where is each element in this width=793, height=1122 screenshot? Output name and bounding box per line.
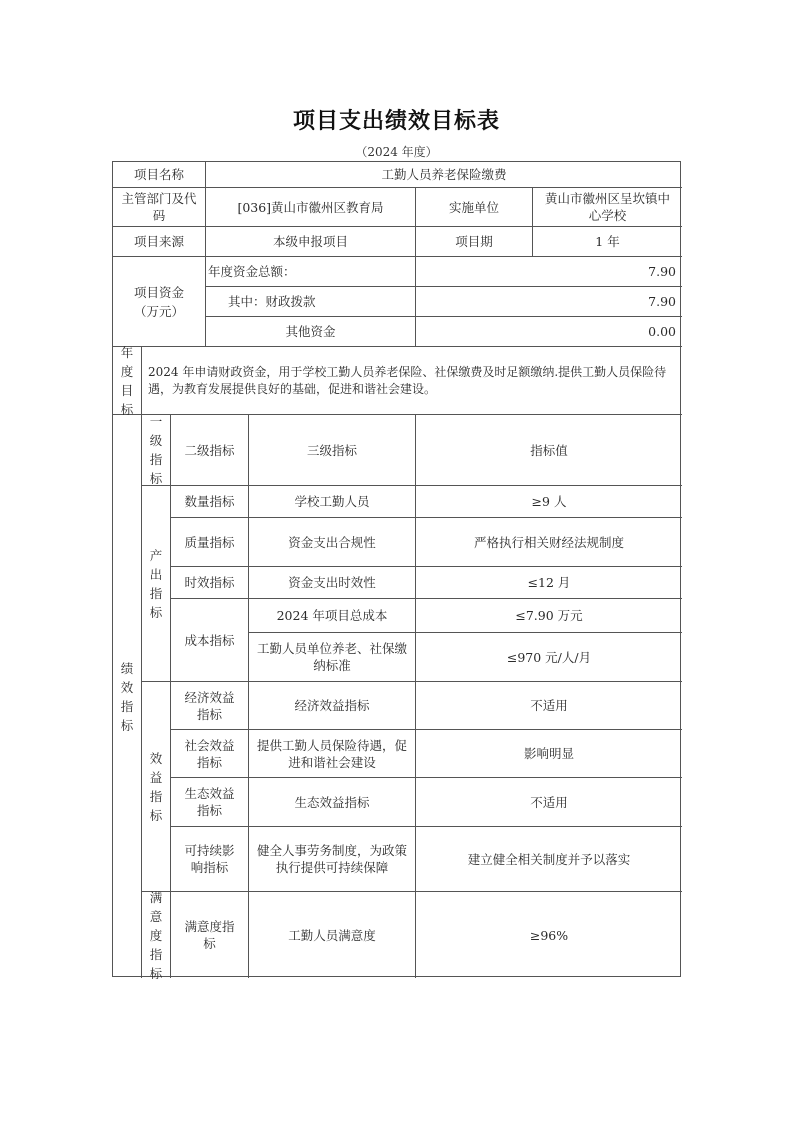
indicator-value: 不适用	[416, 682, 682, 730]
header-level2: 二级指标	[171, 415, 249, 486]
funds-fiscal-label: 其中：财政拨款	[206, 287, 416, 317]
dept-label: 主管部门及代码	[113, 188, 206, 227]
funds-label-line1: 项目资金	[134, 283, 184, 302]
indicator-level3: 健全人事劳务制度，为政策执行提供可持续保障	[249, 827, 416, 892]
indicator-level2: 经济效益指标	[171, 682, 249, 730]
indicator-level2: 时效指标	[171, 567, 249, 599]
indicator-level3: 经济效益指标	[249, 682, 416, 730]
period-label: 项目期	[416, 227, 533, 257]
source-value: 本级申报项目	[206, 227, 416, 257]
indicator-value: ≤970 元/人/月	[416, 633, 682, 682]
funds-fiscal-value: 7.90	[416, 287, 682, 317]
indicator-level2: 成本指标	[171, 599, 249, 682]
indicators-section-label: 绩效指标	[113, 415, 142, 978]
indicator-value: 严格执行相关财经法规制度	[416, 518, 682, 567]
indicator-level3: 生态效益指标	[249, 778, 416, 827]
header-level3: 三级指标	[249, 415, 416, 486]
indicator-value: ≤12 月	[416, 567, 682, 599]
indicator-level3: 2024 年项目总成本	[249, 599, 416, 633]
indicator-level3: 学校工勤人员	[249, 486, 416, 518]
annual-goal-label: 年度目标	[113, 347, 142, 415]
header-level1: 一级指标	[142, 415, 171, 486]
group-output-label: 产出指标	[142, 486, 171, 682]
source-label: 项目来源	[113, 227, 206, 257]
funds-label-line2: （万元）	[134, 302, 184, 321]
indicator-level2: 质量指标	[171, 518, 249, 567]
funds-total-value: 7.90	[416, 257, 682, 287]
funds-label: 项目资金 （万元）	[113, 257, 206, 347]
period-value: 1 年	[533, 227, 682, 257]
page-subtitle: （2024 年度）	[0, 143, 793, 160]
indicator-value: ≥9 人	[416, 486, 682, 518]
performance-goal-table: 项目名称 工勤人员养老保险缴费 主管部门及代码 [036]黄山市徽州区教育局 实…	[112, 161, 681, 977]
page-title: 项目支出绩效目标表	[0, 104, 793, 135]
indicator-value: ≤7.90 万元	[416, 599, 682, 633]
group-benefit-label: 效益指标	[142, 682, 171, 892]
indicator-level3: 资金支出合规性	[249, 518, 416, 567]
indicator-level3: 工勤人员单位养老、社保缴纳标准	[249, 633, 416, 682]
impl-unit-value: 黄山市徽州区呈坎镇中心学校	[533, 188, 682, 227]
indicator-value: 建立健全相关制度并予以落实	[416, 827, 682, 892]
indicator-level2: 数量指标	[171, 486, 249, 518]
indicator-level2: 可持续影响指标	[171, 827, 249, 892]
group-satisfaction-label: 满意度指标	[142, 892, 171, 978]
project-name-label: 项目名称	[113, 162, 206, 188]
indicator-value: ≥96%	[416, 892, 682, 978]
indicator-level3: 工勤人员满意度	[249, 892, 416, 978]
project-name-value: 工勤人员养老保险缴费	[206, 162, 682, 188]
impl-unit-label: 实施单位	[416, 188, 533, 227]
indicator-level2: 满意度指标	[171, 892, 249, 978]
indicator-level2: 社会效益指标	[171, 730, 249, 778]
indicator-level2: 生态效益指标	[171, 778, 249, 827]
funds-other-label: 其他资金	[206, 317, 416, 347]
indicator-level3: 提供工勤人员保险待遇，促进和谐社会建设	[249, 730, 416, 778]
funds-other-value: 0.00	[416, 317, 682, 347]
funds-total-label: 年度资金总额：	[206, 257, 416, 287]
annual-goal-text: 2024 年申请财政资金，用于学校工勤人员养老保险、社保缴费及时足额缴纳.提供工…	[142, 347, 682, 415]
header-value: 指标值	[416, 415, 682, 486]
dept-value: [036]黄山市徽州区教育局	[206, 188, 416, 227]
indicator-value: 不适用	[416, 778, 682, 827]
indicator-level3: 资金支出时效性	[249, 567, 416, 599]
indicator-value: 影响明显	[416, 730, 682, 778]
